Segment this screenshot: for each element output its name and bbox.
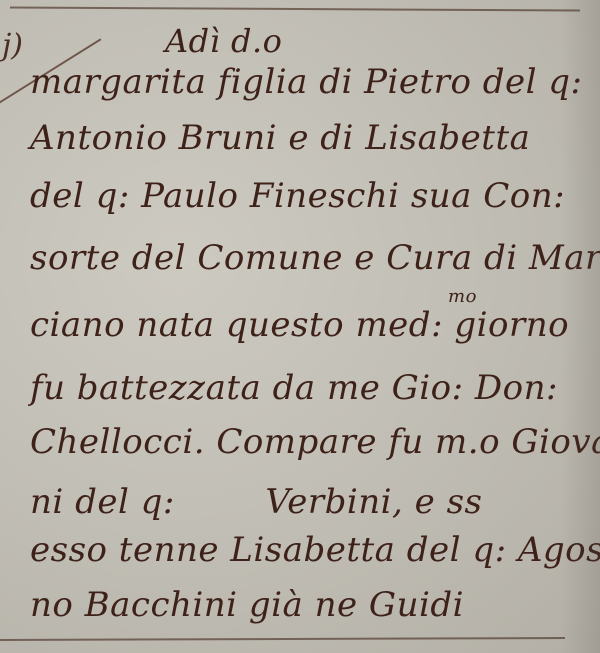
text-line-8: ni del q: Verbini, e ss xyxy=(30,482,482,522)
superscript-abbrev: mo xyxy=(448,286,477,307)
text-line-3: del q: Paulo Fineschi sua Con: xyxy=(30,176,565,216)
bottom-rule-line xyxy=(0,637,565,641)
text-line-7: Chellocci. Compare fu m.o Giovan: xyxy=(30,422,600,462)
manuscript-page: j) Adì d.o margarita figlia di Pietro de… xyxy=(0,0,600,653)
text-line-4: sorte del Comune e Cura di Mar: xyxy=(30,238,600,278)
text-line-2: Antonio Bruni e di Lisabetta xyxy=(30,118,530,158)
text-line-6: fu battezzata da me Gio: Don: xyxy=(30,368,558,408)
text-line-5: ciano nata questo med: giorno xyxy=(30,305,569,345)
text-line-9: esso tenne Lisabetta del q: Agosti: xyxy=(30,530,600,570)
margin-note: j) xyxy=(2,28,23,63)
entry-heading: Adì d.o xyxy=(165,22,282,60)
text-line-10: no Bacchini già ne Guidi xyxy=(30,585,464,625)
top-rule-line xyxy=(10,7,580,12)
text-line-1: margarita figlia di Pietro del q: xyxy=(30,62,583,102)
